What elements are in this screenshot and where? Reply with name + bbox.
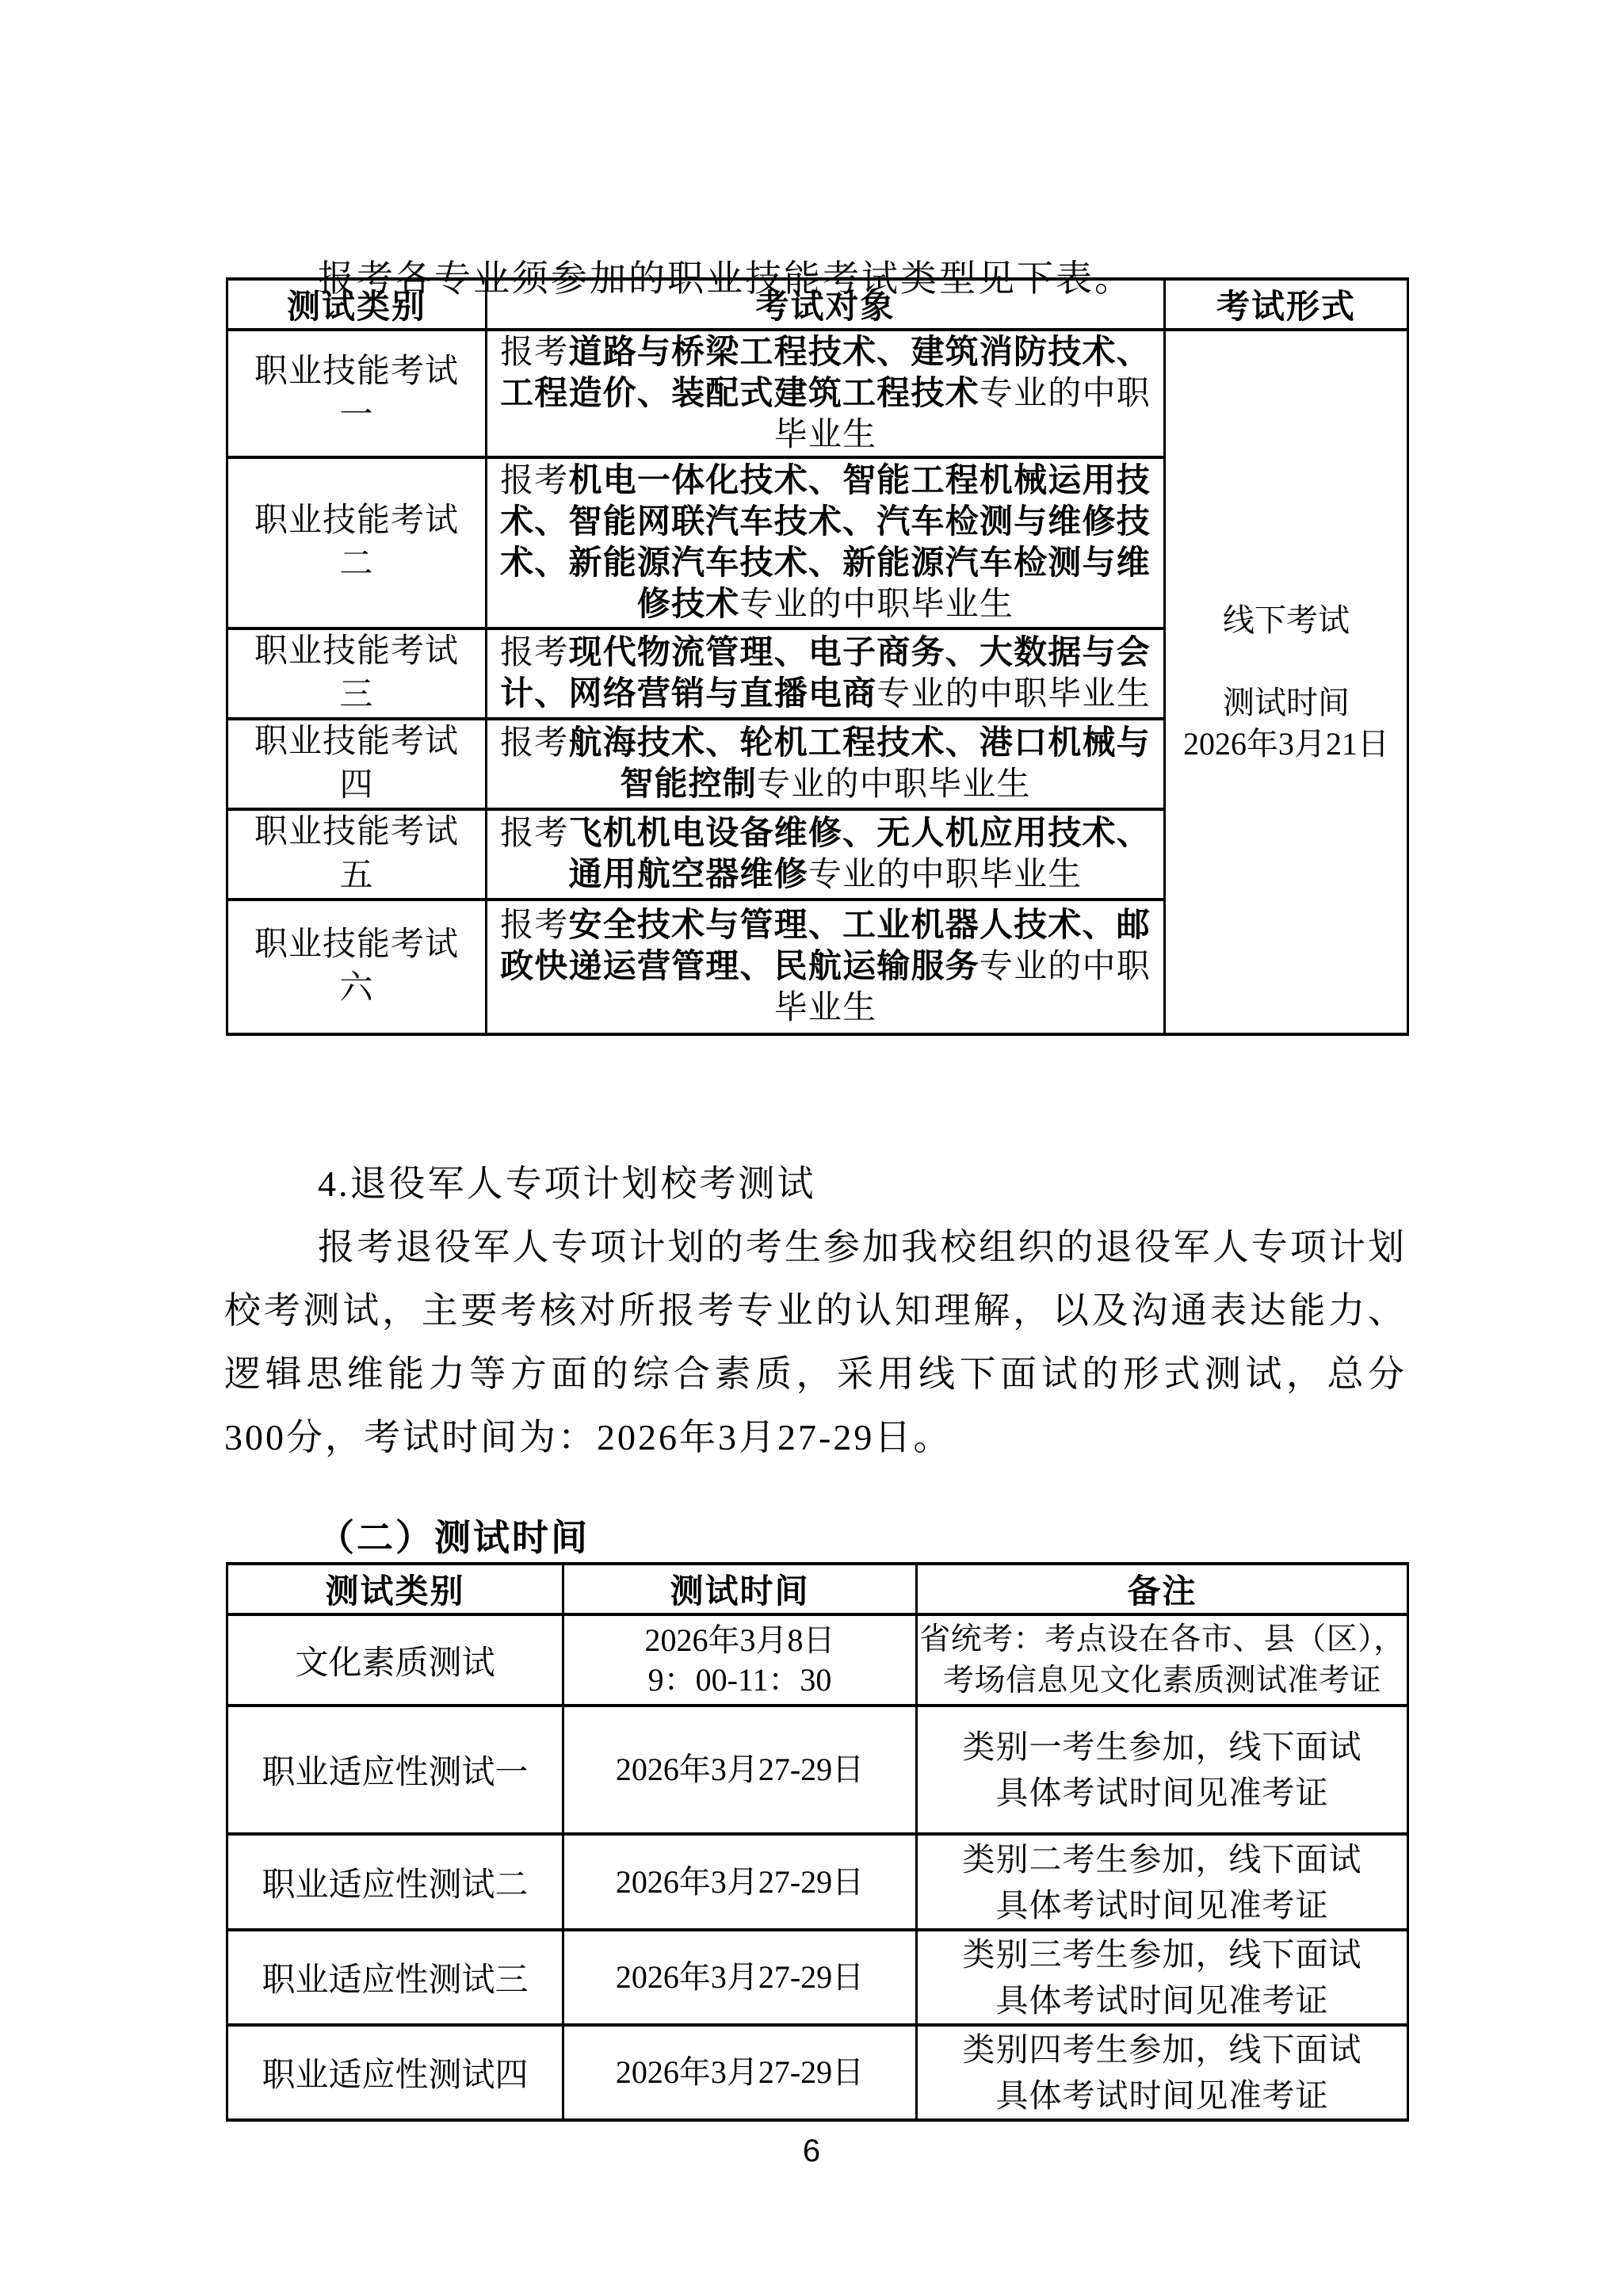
target-cell: 报考航海技术、轮机工程技术、港口机械与智能控制专业的中职毕业生: [487, 719, 1165, 809]
column-header-category: 测试类别: [227, 1564, 563, 1614]
category-cell: 职业技能考试五: [227, 809, 487, 900]
skill-exam-type-table: 测试类别 考试对象 考试形式 职业技能考试一 报考道路与桥梁工程技术、建筑消防技…: [226, 277, 1409, 1036]
table-row: 职业适应性测试四 2026年3月27-29日 类别四考生参加，线下面试具体考试时…: [227, 2025, 1408, 2120]
test-schedule-table: 测试类别 测试时间 备注 文化素质测试 2026年3月8日9：00-11：30 …: [226, 1562, 1409, 2122]
time-cell: 2026年3月27-29日: [563, 1930, 917, 2025]
table-row: 职业适应性测试二 2026年3月27-29日 类别二考生参加，线下面试具体考试时…: [227, 1834, 1408, 1930]
remark-cell: 类别四考生参加，线下面试具体考试时间见准考证: [917, 2025, 1408, 2120]
remark-cell: 类别三考生参加，线下面试具体考试时间见准考证: [917, 1930, 1408, 2025]
target-cell: 报考现代物流管理、电子商务、大数据与会计、网络营销与直播电商专业的中职毕业生: [487, 628, 1165, 719]
category-cell: 文化素质测试: [227, 1614, 563, 1706]
target-cell: 报考道路与桥梁工程技术、建筑消防技术、工程造价、装配式建筑工程技术专业的中职毕业…: [487, 330, 1165, 457]
category-cell: 职业适应性测试二: [227, 1834, 563, 1930]
column-header-category: 测试类别: [227, 279, 487, 330]
category-cell: 职业适应性测试四: [227, 2025, 563, 2120]
table-row: 职业技能考试一 报考道路与桥梁工程技术、建筑消防技术、工程造价、装配式建筑工程技…: [227, 330, 1408, 457]
category-cell: 职业适应性测试三: [227, 1930, 563, 2025]
category-cell: 职业技能考试二: [227, 457, 487, 628]
document-page: 报考各专业须参加的职业技能考试类型见下表。 测试类别 考试对象 考试形式 职业技…: [0, 0, 1623, 2296]
page-number: 6: [0, 2134, 1623, 2169]
format-cell: 线下考试 测试时间 2026年3月21日: [1165, 330, 1408, 1034]
time-cell: 2026年3月27-29日: [563, 2025, 917, 2120]
time-cell: 2026年3月8日9：00-11：30: [563, 1614, 917, 1706]
remark-cell: 省统考：考点设在各市、县（区），考场信息见文化素质测试准考证: [917, 1614, 1408, 1706]
remark-cell: 类别二考生参加，线下面试具体考试时间见准考证: [917, 1834, 1408, 1930]
table-row: 职业适应性测试三 2026年3月27-29日 类别三考生参加，线下面试具体考试时…: [227, 1930, 1408, 2025]
table-header-row: 测试类别 考试对象 考试形式: [227, 279, 1408, 330]
column-header-remark: 备注: [917, 1564, 1408, 1614]
column-header-target: 考试对象: [487, 279, 1165, 330]
category-cell: 职业技能考试一: [227, 330, 487, 457]
remark-cell: 类别一考生参加，线下面试具体考试时间见准考证: [917, 1706, 1408, 1834]
category-cell: 职业适应性测试一: [227, 1706, 563, 1834]
format-line-time-label: 测试时间: [1166, 682, 1407, 724]
table-header-row: 测试类别 测试时间 备注: [227, 1564, 1408, 1614]
format-line-date: 2026年3月21日: [1166, 724, 1407, 765]
section-test-time-heading: （二）测试时间: [224, 1507, 1407, 1570]
target-cell: 报考安全技术与管理、工业机器人技术、邮政快递运营管理、民航运输服务专业的中职毕业…: [487, 900, 1165, 1034]
section-4-paragraph: 报考退役军人专项计划的考生参加我校组织的退役军人专项计划校考测试，主要考核对所报…: [224, 1216, 1407, 1469]
table-row: 文化素质测试 2026年3月8日9：00-11：30 省统考：考点设在各市、县（…: [227, 1614, 1408, 1706]
target-cell: 报考飞机机电设备维修、无人机应用技术、通用航空器维修专业的中职毕业生: [487, 809, 1165, 900]
category-cell: 职业技能考试四: [227, 719, 487, 809]
target-cell: 报考机电一体化技术、智能工程机械运用技术、智能网联汽车技术、汽车检测与维修技术、…: [487, 457, 1165, 628]
category-cell: 职业技能考试三: [227, 628, 487, 719]
section-4-heading: 4.退役军人专项计划校考测试: [224, 1152, 1407, 1216]
table-row: 职业适应性测试一 2026年3月27-29日 类别一考生参加，线下面试具体考试时…: [227, 1706, 1408, 1834]
column-header-time: 测试时间: [563, 1564, 917, 1614]
column-header-format: 考试形式: [1165, 279, 1408, 330]
time-cell: 2026年3月27-29日: [563, 1706, 917, 1834]
category-cell: 职业技能考试六: [227, 900, 487, 1034]
time-cell: 2026年3月27-29日: [563, 1834, 917, 1930]
format-line-offline: 线下考试: [1166, 600, 1407, 641]
